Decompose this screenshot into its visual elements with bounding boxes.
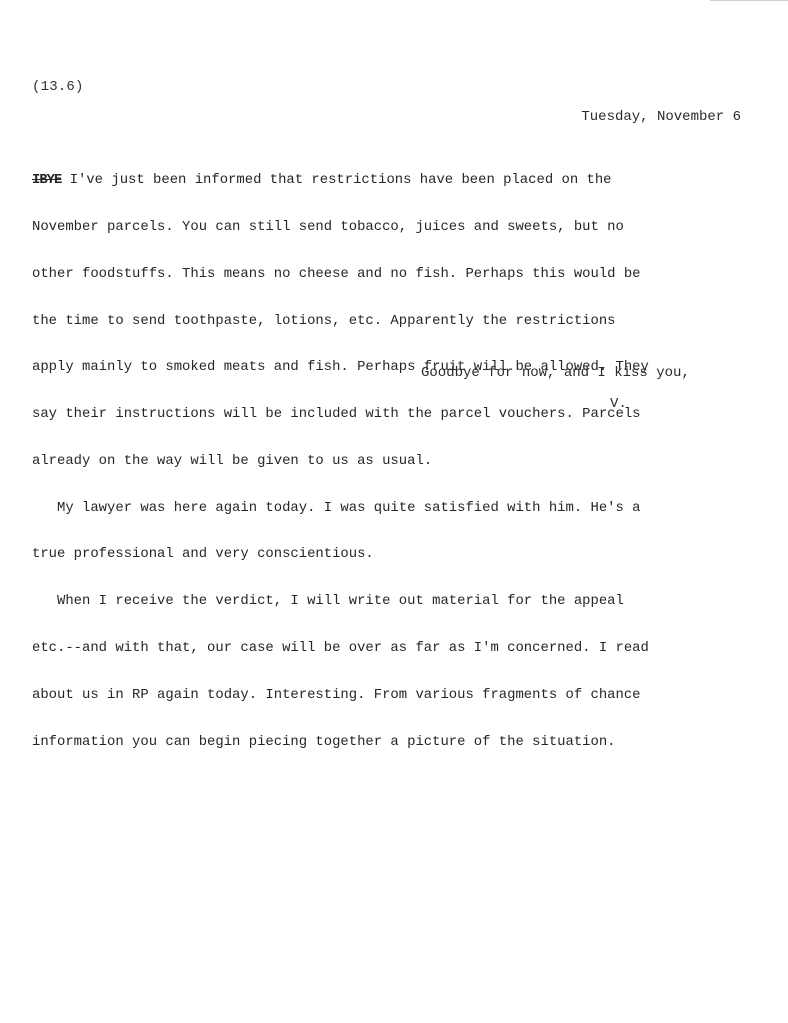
body-line: other foodstuffs. This means no cheese a… — [32, 267, 752, 283]
body-line: true professional and very conscientious… — [32, 547, 752, 563]
letter-body: IBYE I've just been informed that restri… — [32, 142, 752, 781]
page-edge-divider — [710, 0, 788, 1]
body-line: already on the way will be given to us a… — [32, 454, 752, 470]
letter-signature: V. — [610, 396, 627, 412]
page-number: (13.6) — [32, 79, 84, 95]
letter-closing: Goodbye for now, and I kiss you, — [421, 365, 690, 381]
body-line: IBYE I've just been informed that restri… — [32, 173, 752, 189]
body-line: about us in RP again today. Interesting.… — [32, 688, 752, 704]
letter-date: Tuesday, November 6 — [581, 109, 741, 125]
body-line: say their instructions will be included … — [32, 407, 752, 423]
body-line: My lawyer was here again today. I was qu… — [32, 501, 752, 517]
typewritten-letter-page: (13.6) Tuesday, November 6 IBYE I've jus… — [0, 0, 788, 1023]
struck-out-text: IBYE — [32, 172, 61, 188]
body-line-text: I've just been informed that restriction… — [61, 172, 611, 188]
body-line: the time to send toothpaste, lotions, et… — [32, 314, 752, 330]
body-line: When I receive the verdict, I will write… — [32, 594, 752, 610]
body-line: etc.--and with that, our case will be ov… — [32, 641, 752, 657]
body-line: information you can begin piecing togeth… — [32, 735, 752, 751]
body-line: November parcels. You can still send tob… — [32, 220, 752, 236]
